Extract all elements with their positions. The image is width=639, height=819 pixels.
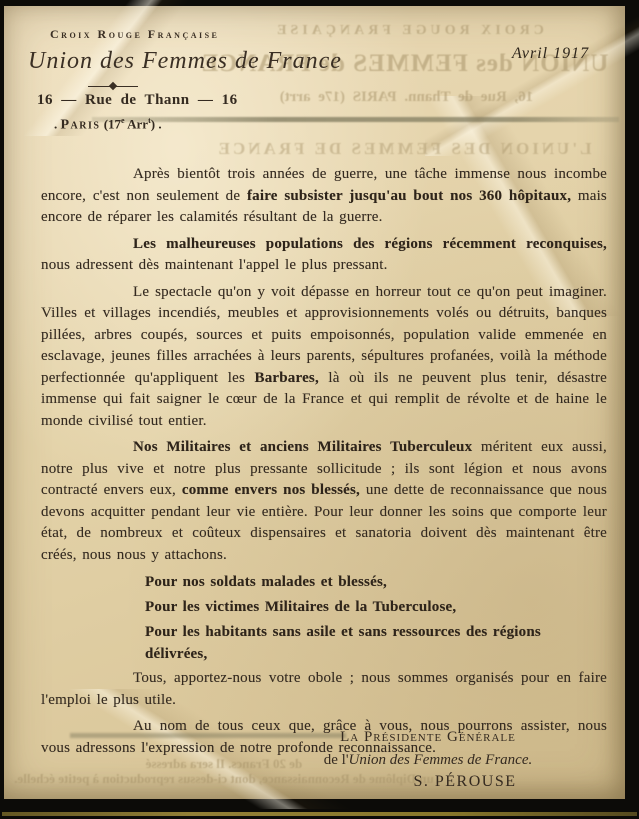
bleedthrough-line: 16, Rue de Thann. PARIS (17e arrt) [214,89,599,106]
signature-block: La Présidente Générale de l'Union des Fe… [300,729,556,791]
paragraph: Nos Militaires et anciens Militaires Tub… [41,437,607,566]
paragraph: Tous, apportez-nous votre obole ; nous s… [41,668,607,711]
bleedthrough-rule [92,117,619,122]
scan-edge-artifact [2,812,637,816]
arrondissement: (17 [100,116,121,131]
text-run: comme envers nos blessés, [182,482,360,498]
diamond-icon [109,82,117,90]
organization-name: Croix Rouge Française [50,27,219,42]
signature-organization: de l'Union des Femmes de France. [300,752,556,769]
letter-date: Avril 1917 [512,45,589,63]
scanned-letter: CROIX ROUGE FRANÇAISE UNION des FEMMES d… [0,0,639,819]
text-run: faire subsister jusqu'au bout nos 360 hô… [247,188,571,204]
appeal-line: Pour les victimes Militaires de la Tuber… [41,596,607,618]
text-run: Barbares, [254,370,318,386]
signature-title: La Présidente Générale [300,729,556,746]
paragraph: Après bientôt trois années de guerre, un… [41,164,607,229]
city-line: . Paris (17e Arrt) . [54,116,162,133]
appeal-line: Pour nos soldats malades et blessés, [41,571,607,593]
text-run: Les malheureuses populations des régions… [133,236,607,252]
text-run: Pour les habitants sans asile et sans re… [145,624,541,662]
bleedthrough-line: L'UNION DES FEMMES DE FRANCE [184,139,623,159]
arrondissement: Arr [125,116,148,131]
union-script-title: Union des Femmes de France [28,48,342,75]
text-run: Pour nos soldats malades et blessés, [145,574,387,590]
text-run: Tous, apportez-nous votre obole ; nous s… [41,670,607,708]
letter-body: Après bientôt trois années de guerre, un… [41,164,607,764]
city-dot: ) . [151,116,162,131]
paragraph: Les malheureuses populations des régions… [41,234,607,277]
text-run: Pour les victimes Militaires de la Tuber… [145,599,456,615]
letterhead-ornament-divider [88,83,138,90]
signature-of: de l' [324,752,349,768]
bleedthrough-line: CROIX ROUGE FRANÇAISE [194,23,623,39]
signature-name: S. PÉROUSE [374,773,556,791]
paragraph: Le spectacle qu'on y voit dépasse en hor… [41,282,607,433]
text-run: Nos Militaires et anciens Militaires Tub… [133,439,472,455]
city-name: Paris [61,117,101,132]
appeal-line: Pour les habitants sans asile et sans re… [41,621,607,665]
street-address: 16 — Rue de Thann — 16 [37,92,238,109]
signature-org-name: Union des Femmes de France. [349,752,533,768]
text-run: nous adressent dès maintenant l'appel le… [41,257,388,273]
letter-page: CROIX ROUGE FRANÇAISE UNION des FEMMES d… [4,6,625,799]
